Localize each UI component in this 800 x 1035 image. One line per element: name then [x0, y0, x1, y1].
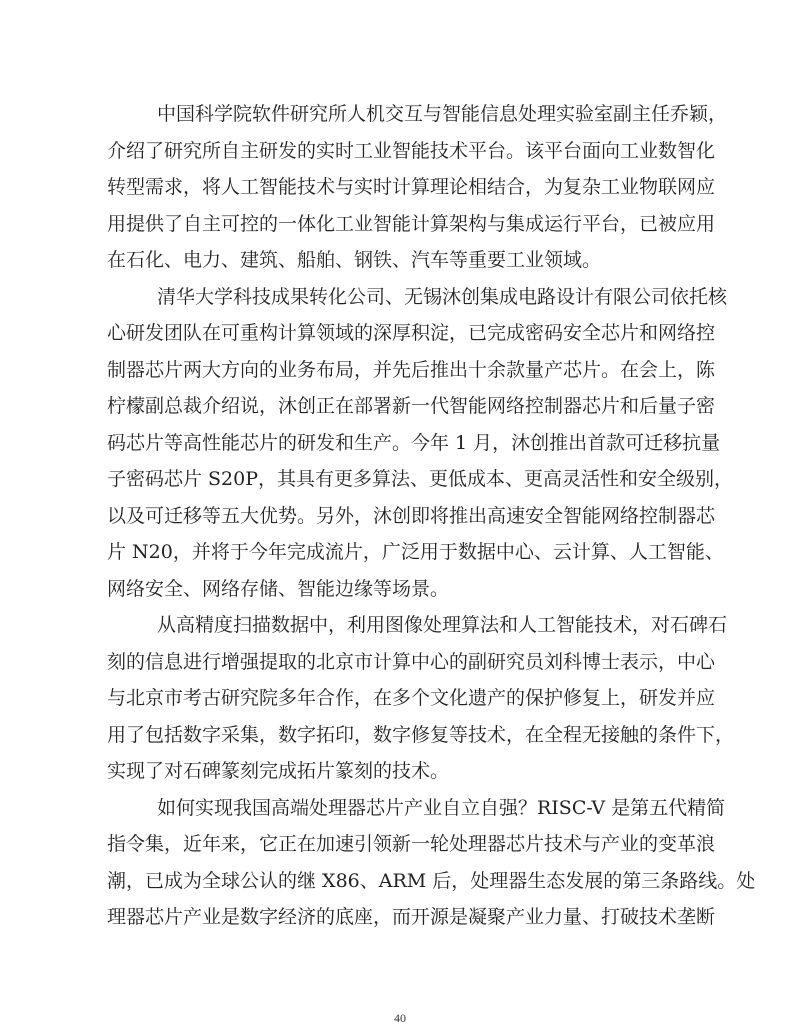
paragraph-1: 中国科学院软件研究所人机交互与智能信息处理实验室副主任乔颖， 介绍了研究所自主研… [107, 96, 693, 279]
document-page: 中国科学院软件研究所人机交互与智能信息处理实验室副主任乔颖， 介绍了研究所自主研… [0, 0, 800, 1035]
text-line: 柠檬副总裁介绍说，沐创正在部署新一代智能网络控制器芯片和后量子密 [107, 388, 693, 425]
text-line: 用了包括数字采集，数字拓印，数字修复等技术，在全程无接触的条件下， [107, 717, 693, 754]
text-line: 用提供了自主可控的一体化工业智能计算架构与集成运行平台，已被应用 [107, 206, 693, 243]
text-line: 潮，已成为全球公认的继 X86、ARM 后，处理器生态发展的第三条路线。处 [107, 863, 693, 900]
text-line: 制器芯片两大方向的业务布局，并先后推出十余款量产芯片。在会上，陈 [107, 352, 693, 389]
text-line: 如何实现我国高端处理器芯片产业自立自强？RISC-V 是第五代精简 [107, 790, 693, 827]
text-line: 清华大学科技成果转化公司、无锡沐创集成电路设计有限公司依托核 [107, 279, 693, 316]
text-line: 理器芯片产业是数字经济的底座，而开源是凝聚产业力量、打破技术垄断 [107, 899, 693, 936]
body-text: 中国科学院软件研究所人机交互与智能信息处理实验室副主任乔颖， 介绍了研究所自主研… [107, 96, 693, 936]
text-line: 指令集，近年来，它正在加速引领新一轮处理器芯片技术与产业的变革浪 [107, 826, 693, 863]
page-number: 40 [0, 1011, 800, 1026]
text-line: 与北京市考古研究院多年合作，在多个文化遗产的保护修复上，研发并应 [107, 680, 693, 717]
text-line: 实现了对石碑篆刻完成拓片篆刻的技术。 [107, 753, 693, 790]
text-line: 介绍了研究所自主研发的实时工业智能技术平台。该平台面向工业数智化 [107, 133, 693, 170]
text-line: 网络安全、网络存储、智能边缘等场景。 [107, 571, 693, 608]
text-line: 中国科学院软件研究所人机交互与智能信息处理实验室副主任乔颖， [107, 96, 693, 133]
paragraph-2: 清华大学科技成果转化公司、无锡沐创集成电路设计有限公司依托核 心研发团队在可重构… [107, 279, 693, 608]
text-line: 子密码芯片 S20P，其具有更多算法、更低成本、更高灵活性和安全级别， [107, 461, 693, 498]
text-line: 从高精度扫描数据中，利用图像处理算法和人工智能技术，对石碑石 [107, 607, 693, 644]
text-line: 片 N20，并将于今年完成流片，广泛用于数据中心、云计算、人工智能、 [107, 534, 693, 571]
text-line: 心研发团队在可重构计算领域的深厚积淀，已完成密码安全芯片和网络控 [107, 315, 693, 352]
text-line: 以及可迁移等五大优势。另外，沐创即将推出高速安全智能网络控制器芯 [107, 498, 693, 535]
text-line: 转型需求，将人工智能技术与实时计算理论相结合，为复杂工业物联网应 [107, 169, 693, 206]
paragraph-4: 如何实现我国高端处理器芯片产业自立自强？RISC-V 是第五代精简 指令集，近年… [107, 790, 693, 936]
text-line: 刻的信息进行增强提取的北京市计算中心的副研究员刘科博士表示，中心 [107, 644, 693, 681]
text-line: 在石化、电力、建筑、船舶、钢铁、汽车等重要工业领域。 [107, 242, 693, 279]
text-line: 码芯片等高性能芯片的研发和生产。今年 1 月，沐创推出首款可迁移抗量 [107, 425, 693, 462]
paragraph-3: 从高精度扫描数据中，利用图像处理算法和人工智能技术，对石碑石 刻的信息进行增强提… [107, 607, 693, 790]
